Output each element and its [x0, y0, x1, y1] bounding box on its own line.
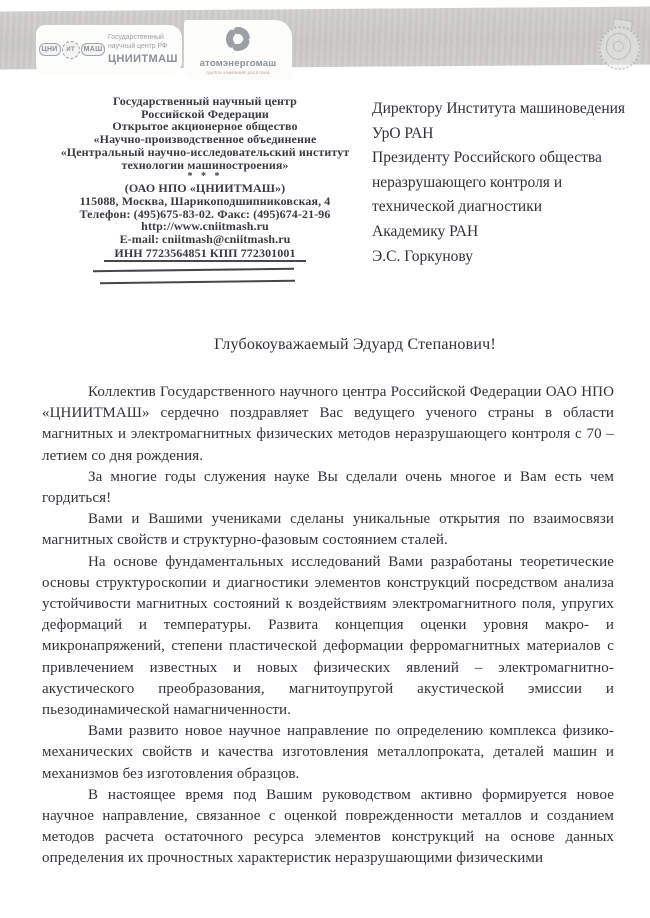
logo-caption-line2: научный центр РФ: [108, 43, 178, 52]
body-paragraph: Вами развито новое научное направление п…: [42, 721, 614, 785]
body-paragraph: На основе фундаментальных исследований В…: [42, 552, 614, 722]
recipient-name: Э.С. Горкунову: [372, 245, 638, 270]
cniitmash-logo-card: ЦНИ ИТ МАШ Государственный научный центр…: [36, 25, 182, 74]
atomenergomash-name: атомэнергомаш: [200, 58, 277, 69]
sender-email: E-mail: cniitmash@cniitmash.ru: [52, 233, 358, 246]
body-paragraph: Коллектив Государственного научного цент…: [42, 382, 614, 467]
letter-body: Коллектив Государственного научного цент…: [42, 382, 614, 870]
sender-line: 115088, Москва, Шарикоподшипниковская, 4: [52, 195, 358, 208]
body-paragraph: В настоящее время под Вашим руководством…: [42, 785, 614, 870]
emblem-right-label: МАШ: [81, 43, 106, 56]
atom-swirl-icon: [224, 25, 252, 58]
recipient-line: неразрушающего контроля и: [372, 171, 638, 196]
logo-org-name: ЦНИИТМАШ: [108, 53, 178, 66]
body-paragraph: Вами и Вашими учениками сделаны уникальн…: [42, 509, 614, 551]
recipient-line: Академику РАН: [372, 220, 638, 245]
sender-line: технологии машиностроения»: [52, 159, 358, 172]
atomenergomash-logo-card: атомэнергомаш группа компаний росатома: [184, 20, 292, 80]
stamp-seal-icon: [592, 16, 646, 77]
divider-rule-top: [93, 268, 294, 272]
divider-rule-bottom: [100, 280, 295, 284]
recipient-line: Директору Института машиноведения: [372, 97, 638, 122]
cniitmash-emblem-icon: ЦНИ ИТ МАШ: [42, 40, 102, 60]
sender-line: Государственный научный центр: [52, 95, 358, 108]
sender-line: «Научно-производственное объединение: [52, 133, 358, 146]
body-paragraph: За многие годы служения науке Вы сделали…: [42, 467, 614, 509]
recipient-line: Президенту Российского общества: [372, 146, 638, 171]
recipient-line: технической диагностики: [372, 195, 638, 220]
cniitmash-logo-text: Государственный научный центр РФ ЦНИИТМА…: [108, 34, 178, 66]
sender-inn-line: ИНН 7723564851 КПП 772301001: [104, 247, 305, 263]
recipient-line: УрО РАН: [372, 122, 638, 147]
salutation: Глубокоуважаемый Эдуард Степанович!: [125, 336, 585, 354]
gear-icon: ИТ: [62, 41, 80, 59]
emblem-left-label: ЦНИ: [39, 43, 61, 56]
recipient-block: Директору Института машиноведения УрО РА…: [372, 97, 638, 269]
logo-caption-line1: Государственный: [108, 34, 178, 43]
sender-line: «Центральный научно-исследовательский ин…: [52, 146, 358, 159]
sender-block: Государственный научный центр Российской…: [52, 95, 358, 262]
atomenergomash-tagline: группа компаний росатома: [206, 70, 269, 76]
